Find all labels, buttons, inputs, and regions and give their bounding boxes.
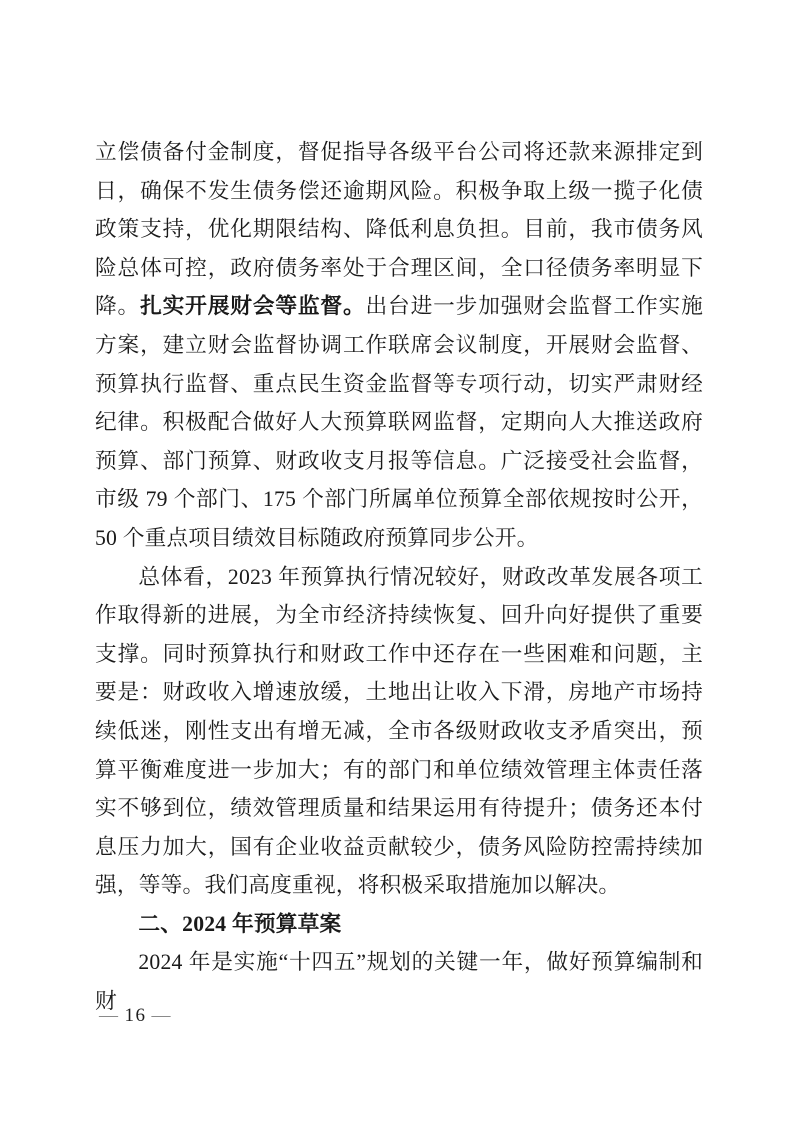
page-number-footer: —16— [99,1004,172,1028]
document-body: 立偿债备付金制度，督促指导各级平台公司将还款来源排定到日，确保不发生债务偿还逾期… [95,133,703,1021]
paragraph-2024-intro: 2024 年是实施“十四五”规划的关键一年，做好预算编制和财 [95,943,703,1020]
paragraph1-post-bold-text: 出台进一步加强财会监督工作实施方案，建立财会监督协调工作联席会议制度，开展财会监… [95,294,703,550]
footer-dash-left: — [99,1005,120,1026]
paragraph-2023-summary: 总体看，2023 年预算执行情况较好，财政改革发展各项工作取得新的进展，为全市经… [95,558,703,905]
document-page: 立偿债备付金制度，督促指导各级平台公司将还款来源排定到日，确保不发生债务偿还逾期… [0,0,793,1122]
paragraph-debt-and-supervision: 立偿债备付金制度，督促指导各级平台公司将还款来源排定到日，确保不发生债务偿还逾期… [95,133,703,558]
page-number: 16 [120,1005,152,1026]
section-heading-2024-budget-draft: 二、2024 年预算草案 [95,905,703,944]
footer-dash-right: — [152,1005,173,1026]
paragraph1-bold-run: 扎实开展财会等监督。 [140,294,365,318]
paragraph1-pre-bold-text: 立偿债备付金制度，督促指导各级平台公司将还款来源排定到日，确保不发生债务偿还逾期… [95,140,703,318]
